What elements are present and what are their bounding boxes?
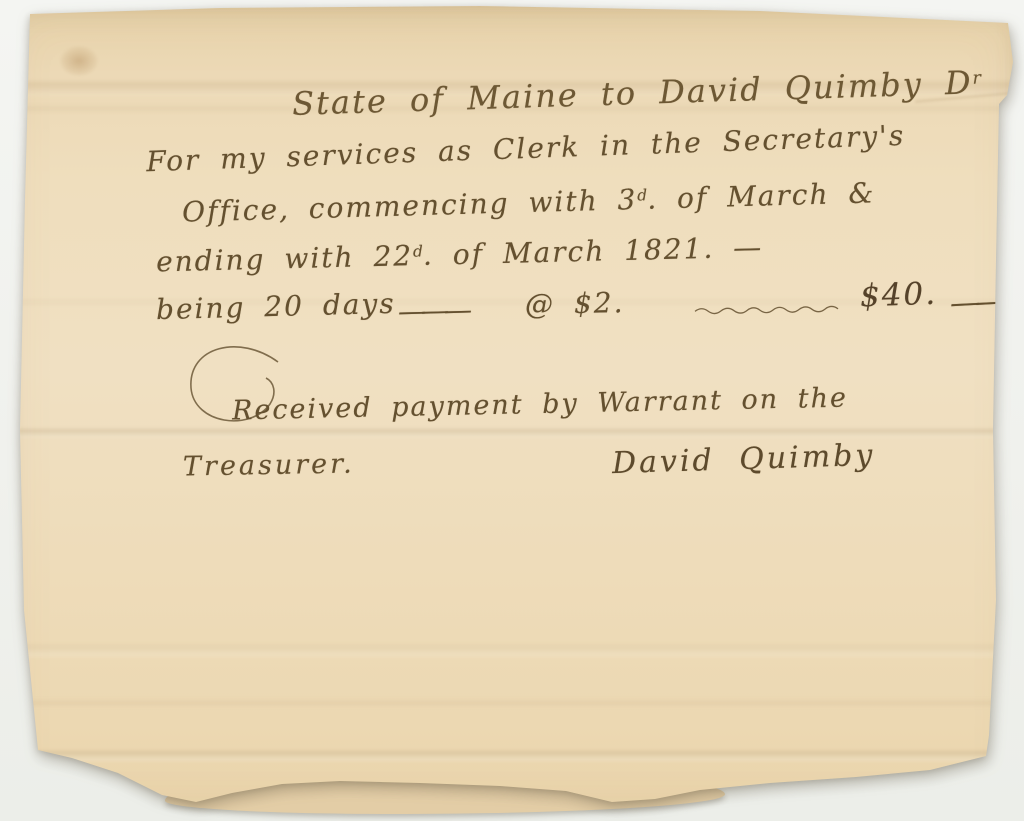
paper-stain-spot [60, 46, 98, 76]
title-text: State of Maine to David Quimby D [292, 63, 974, 122]
scan-background: State of Maine to David Quimby Dr For my… [0, 0, 1024, 821]
ending-text-end: . of March 1821. — [423, 231, 764, 272]
rate-text: @ $2. [525, 286, 625, 321]
commencing-text-end: . of March & [647, 176, 876, 215]
received-payment-text: Received payment by Warrant on the [232, 383, 848, 427]
signature: David Quimby [612, 438, 876, 481]
treasurer-text: Treasurer. [183, 449, 355, 483]
ending-line: ending with 22d. of March 1821. — [156, 231, 764, 279]
title-line: State of Maine to David Quimby Dr [292, 63, 982, 123]
document-paper: State of Maine to David Quimby Dr For my… [0, 0, 1024, 821]
title-superscript: r [972, 69, 981, 89]
commencing-line: Office, commencing with 3d. of March & [182, 176, 876, 228]
fold-crease-middle [0, 429, 1024, 438]
fold-crease-lower [0, 645, 1024, 657]
fold-crease-lower-2 [0, 700, 1024, 706]
filler-dash: ——— [398, 293, 468, 328]
fold-crease-bottom [0, 751, 1024, 761]
paper-shadow: State of Maine to David Quimby Dr For my… [0, 0, 1024, 821]
ending-text: ending with 22 [156, 239, 414, 278]
total-amount: $40. [859, 276, 937, 315]
wavy-filler-line [693, 302, 853, 317]
days-count-text: being 20 days [156, 287, 396, 326]
services-line: For my services as Clerk in the Secretar… [146, 119, 906, 178]
received-payment-line: Received payment by Warrant on the [232, 383, 848, 427]
commencing-text: Office, commencing with 3 [182, 183, 638, 229]
ending-superscript: d [413, 242, 423, 260]
services-text: For my services as Clerk in the Secretar… [146, 119, 906, 178]
amount-tail-dash: —— [949, 284, 1001, 322]
